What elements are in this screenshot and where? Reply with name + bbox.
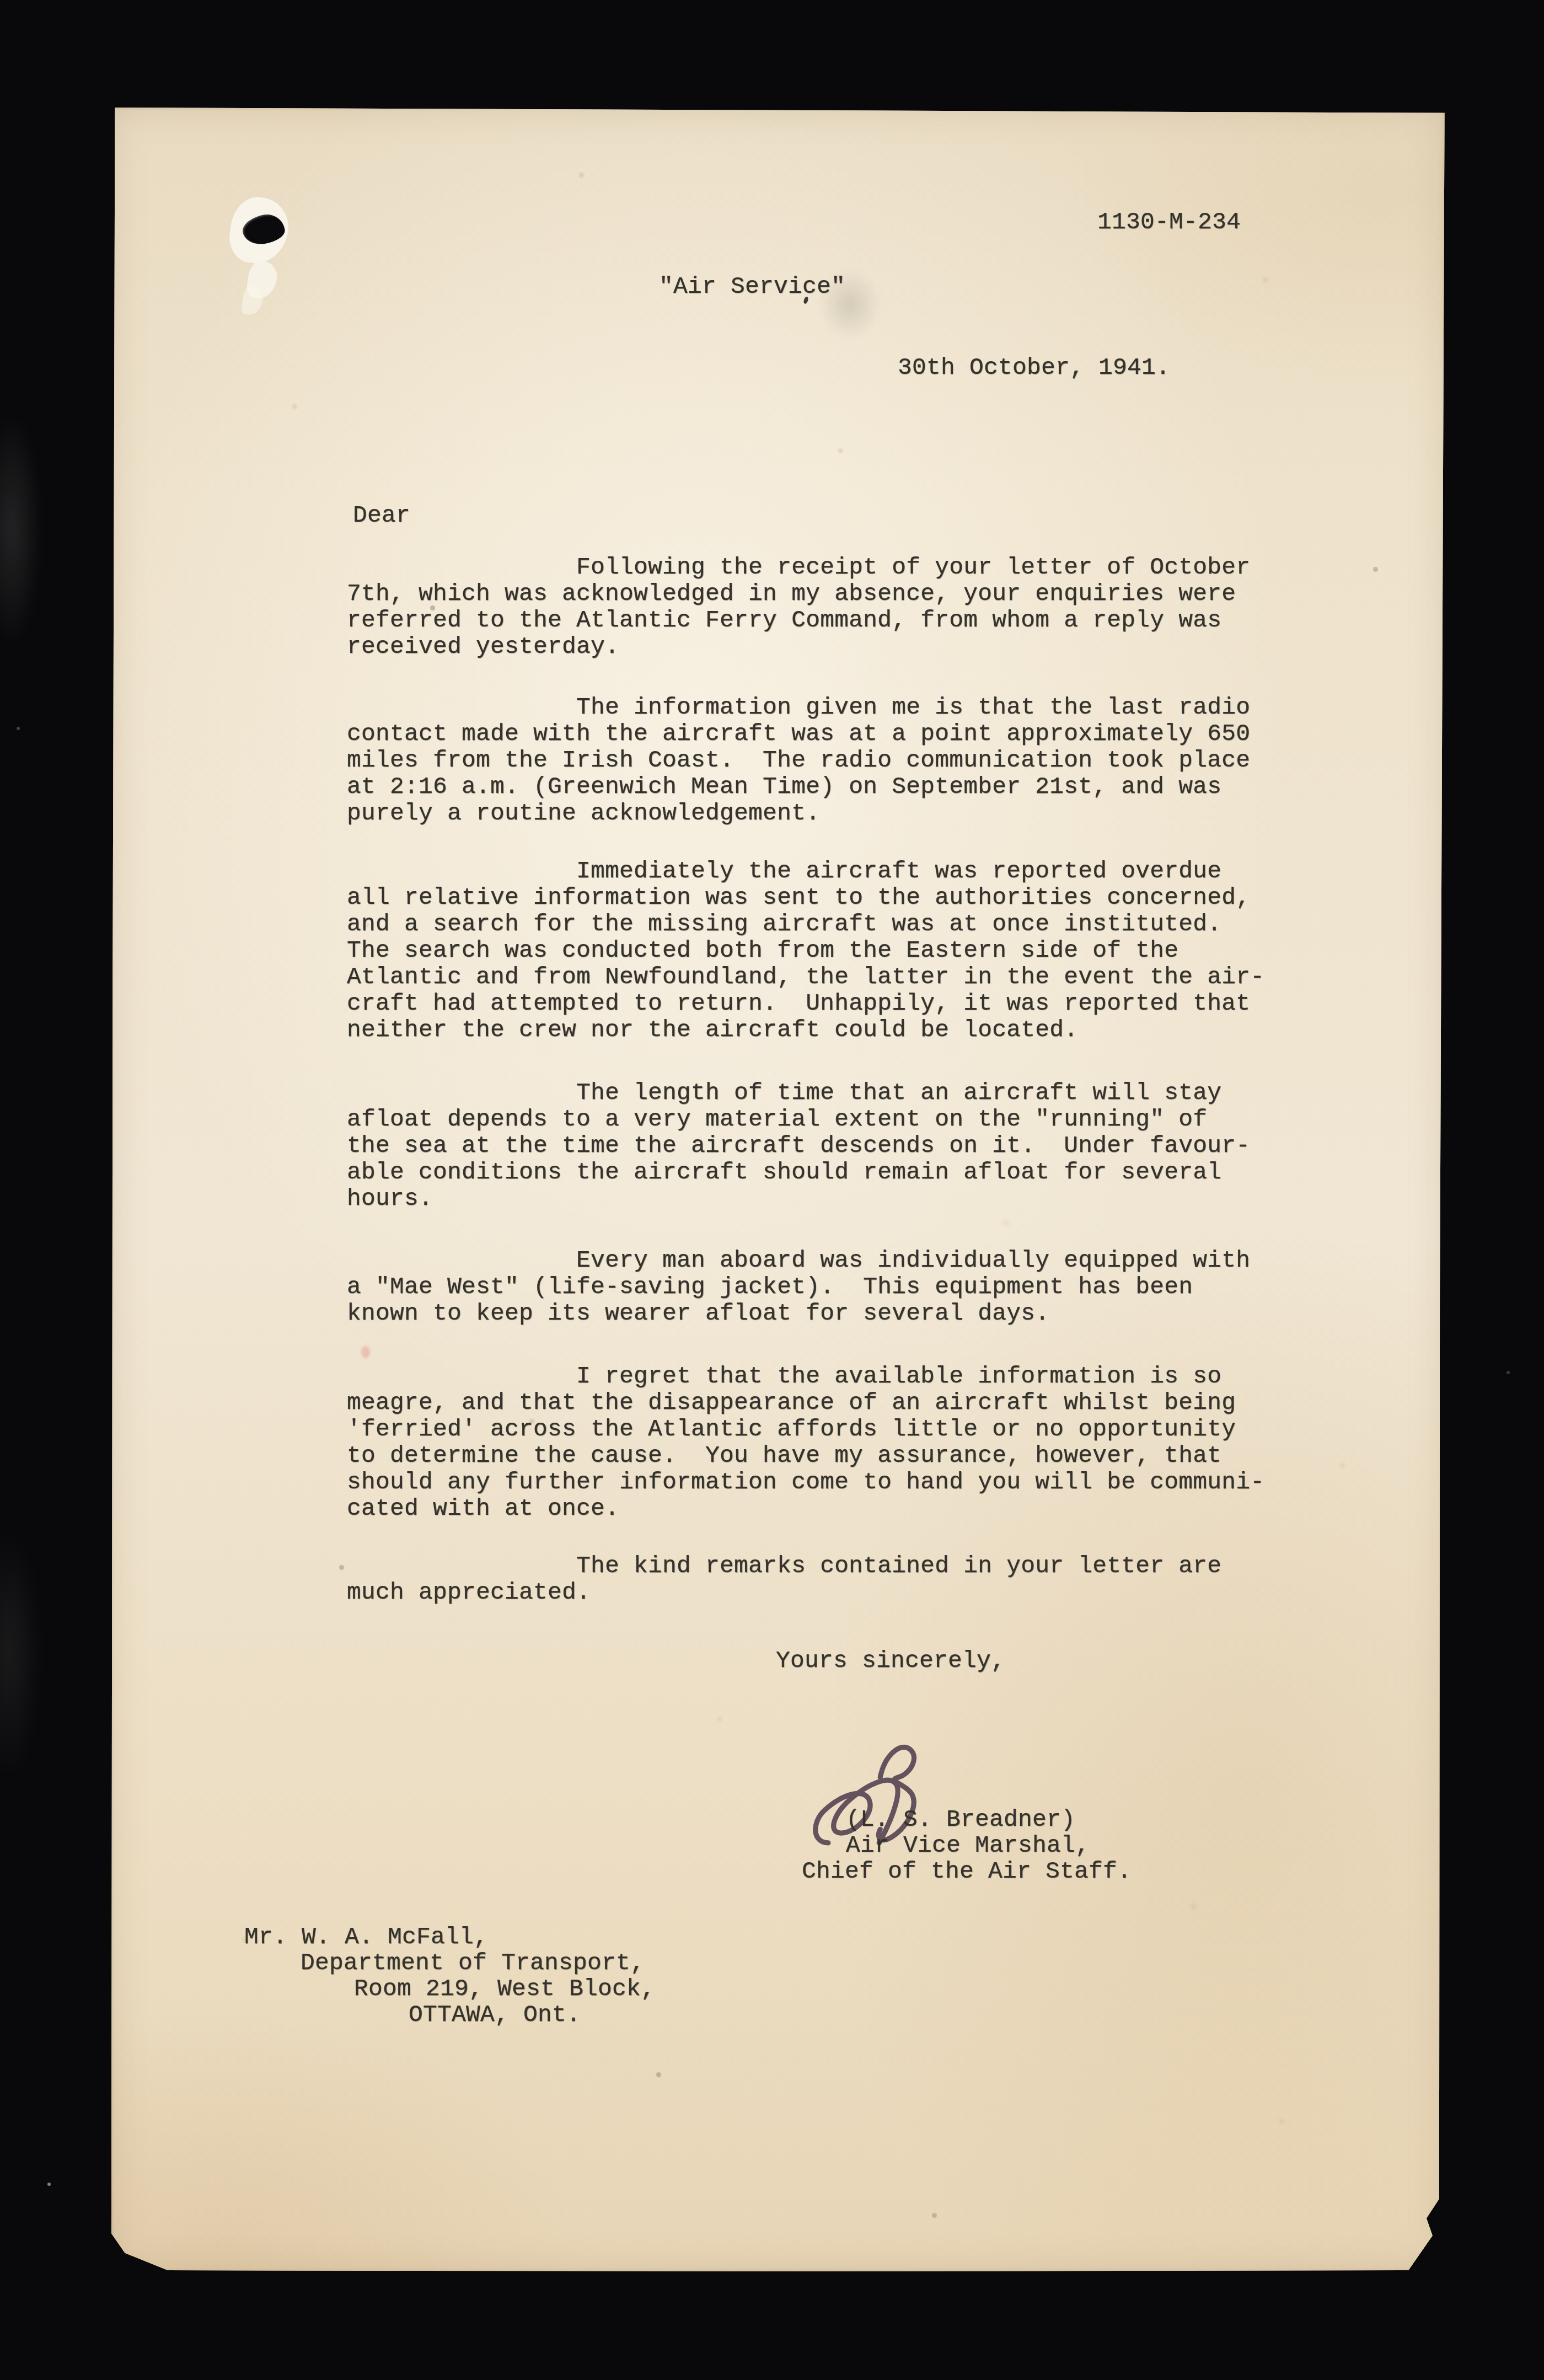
salutation: Dear [353,502,410,529]
body-paragraph-3: Immediately the aircraft was reported ov… [347,858,1264,1043]
file-reference-number: 1130-M-234 [1097,209,1241,235]
recipient-department: Department of Transport, [301,1950,645,1976]
dust-speck [1507,1371,1510,1374]
body-paragraph-2: The information given me is that the las… [347,694,1250,827]
date-line: 30th October, 1941. [898,355,1170,381]
letter-page: 1130-M-234 "Air Service" 30th October, 1… [110,106,1446,2272]
scan-margin-smudge [0,408,42,651]
scan-margin-smudge [0,1522,42,1787]
body-paragraph-4: The length of time that an aircraft will… [347,1080,1250,1212]
dust-speck [17,727,20,730]
pink-stain [361,1346,370,1358]
body-paragraph-5: Every man aboard was individually equipp… [347,1247,1250,1327]
recipient-city: OTTAWA, Ont. [409,2002,581,2028]
signer-title: Chief of the Air Staff. [802,1858,1132,1885]
fiber-specks [110,106,115,111]
recipient-name: Mr. W. A. McFall, [244,1924,488,1950]
dust-speck [47,2183,51,2186]
body-paragraph-6: I regret that the available information … [347,1363,1264,1522]
body-paragraph-7: The kind remarks contained in your lette… [347,1553,1221,1606]
body-paragraph-1: Following the receipt of your letter of … [347,554,1250,660]
signer-rank: Air Vice Marshal, [846,1832,1090,1859]
torn-punch-hole [230,197,297,308]
signer-name: (L. S. Breadner) [846,1807,1075,1833]
recipient-room: Room 219, West Block, [354,1976,655,2002]
foxing-specks [110,106,115,111]
subject-line: "Air Service" [659,274,845,300]
closing-valediction: Yours sincerely, [776,1648,1005,1674]
